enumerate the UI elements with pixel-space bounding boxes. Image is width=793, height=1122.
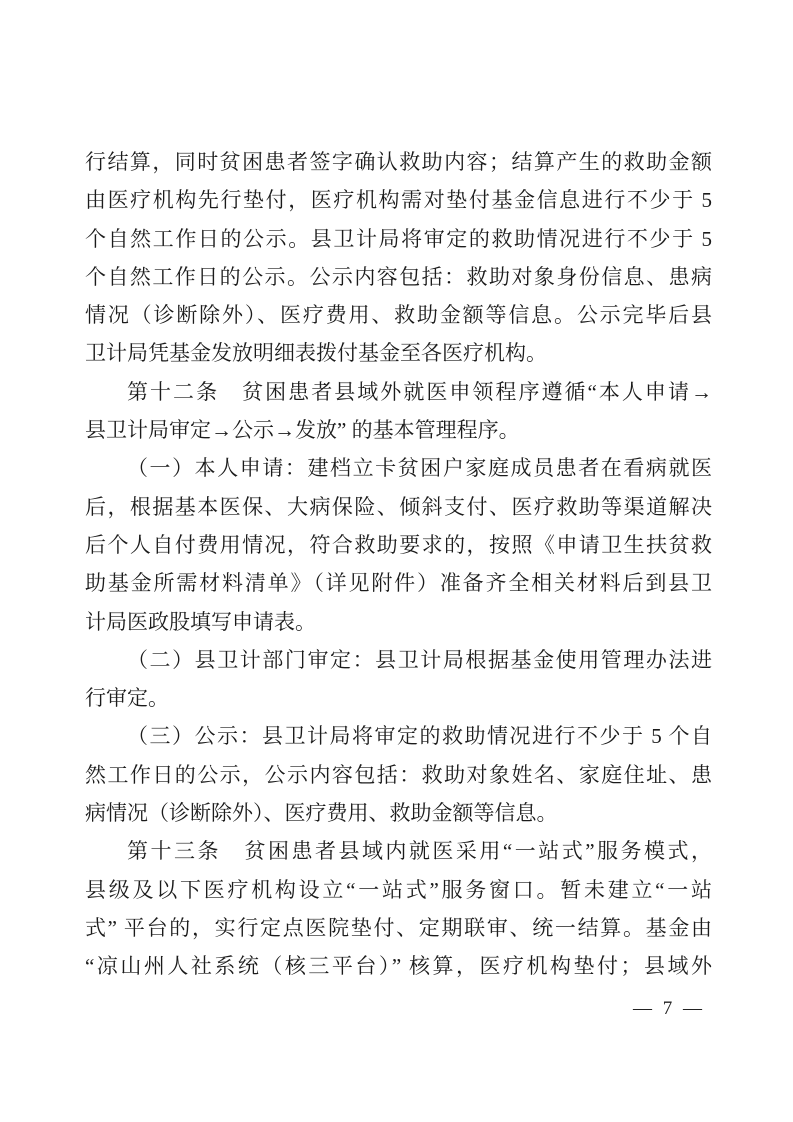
page-number: — 7 — xyxy=(633,998,705,1020)
text-line: 病情况（诊断除外）、医疗费用、救助金额等信息。 xyxy=(85,794,712,832)
text-line: 后个人自付费用情况，符合救助要求的，按照《申请卫生扶贫救 xyxy=(85,526,712,564)
document-page: 行结算，同时贫困患者签字确认救助内容；结算产生的救助金额 由医疗机构先行垫付，医… xyxy=(0,0,793,1122)
page-body: 行结算，同时贫困患者签字确认救助内容；结算产生的救助金额 由医疗机构先行垫付，医… xyxy=(85,143,712,986)
text-line: 情况（诊断除外）、医疗费用、救助金额等信息。公示完毕后县 xyxy=(85,296,712,334)
text-line: 个自然工作日的公示。县卫计局将审定的救助情况进行不少于 5 xyxy=(85,220,712,258)
text-line-item-1: （一）本人申请：建档立卡贫困户家庭成员患者在看病就医 xyxy=(85,449,712,487)
text-line-item-3: （三）公示：县卫计局将审定的救助情况进行不少于 5 个自 xyxy=(85,717,712,755)
text-line: 计局医政股填写申请表。 xyxy=(85,603,712,641)
text-line: 后，根据基本医保、大病保险、倾斜支付、医疗救助等渠道解决 xyxy=(85,488,712,526)
text-line: 行审定。 xyxy=(85,679,712,717)
text-line: “凉山州人社系统（核三平台）” 核算，医疗机构垫付；县域外 xyxy=(85,947,712,985)
text-line: 县级及以下医疗机构设立“一站式”服务窗口。暂未建立“一站 xyxy=(85,871,712,909)
text-line-article-12: 第十二条 贫困患者县域外就医申领程序遵循“本人申请→ xyxy=(85,373,712,411)
text-line: 由医疗机构先行垫付，医疗机构需对垫付基金信息进行不少于 5 xyxy=(85,181,712,219)
text-line: 行结算，同时贫困患者签字确认救助内容；结算产生的救助金额 xyxy=(85,143,712,181)
text-line: 式” 平台的，实行定点医院垫付、定期联审、统一结算。基金由 xyxy=(85,909,712,947)
text-line: 助基金所需材料清单》（详见附件）准备齐全相关材料后到县卫 xyxy=(85,564,712,602)
text-line: 县卫计局审定→公示→发放” 的基本管理程序。 xyxy=(85,411,712,449)
text-line: 然工作日的公示，公示内容包括：救助对象姓名、家庭住址、患 xyxy=(85,756,712,794)
text-line: 个自然工作日的公示。公示内容包括：救助对象身份信息、患病 xyxy=(85,258,712,296)
text-line: 卫计局凭基金发放明细表拨付基金至各医疗机构。 xyxy=(85,334,712,372)
text-line-item-2: （二）县卫计部门审定：县卫计局根据基金使用管理办法进 xyxy=(85,641,712,679)
text-line-article-13: 第十三条 贫困患者县域内就医采用“一站式”服务模式， xyxy=(85,832,712,870)
